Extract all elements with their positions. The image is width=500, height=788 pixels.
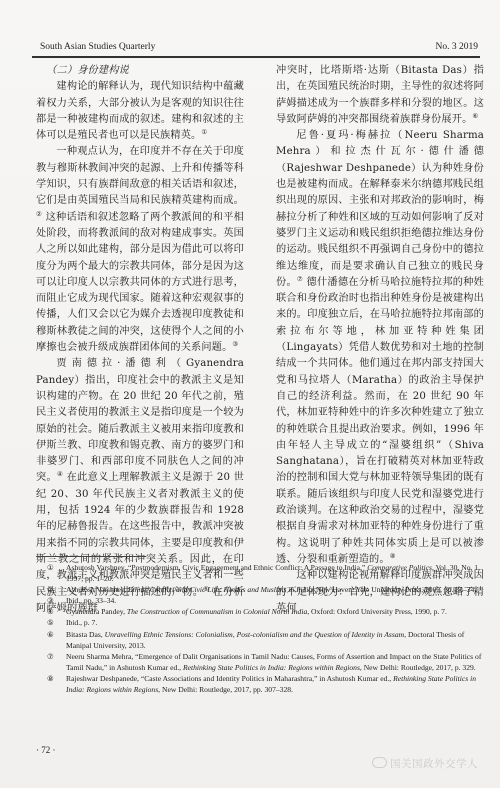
body-columns: （二）身份建构说 建构论的解释认为，现代知识结构中蕴藏着权力关系，大部分被认为是… [36, 63, 484, 553]
citation-text: Bitasta Das, [66, 630, 105, 639]
citation-title: Unravelling Ethnic Tensions: Colonialism… [105, 630, 405, 639]
footnote-number: ⑧ [47, 673, 54, 684]
footnote-item: ④Gyanendra Pandey, The Construction of C… [38, 606, 482, 617]
footnote-number: ⑥ [47, 629, 54, 640]
citation-title: Comparative Politics [367, 563, 432, 572]
footnote-item: ③Ibid., pp. 33–34. [38, 595, 482, 606]
section-title: （二）身份建构说 [46, 63, 244, 79]
footnote-item: ⑤Ibid., p. 7. [38, 617, 482, 628]
citation-title: The Construction of Communalism in Colon… [127, 607, 307, 616]
citation-text: , New Haven: Yale University Press, 2002… [312, 585, 476, 594]
footnote-ref[interactable]: ⑥ [472, 112, 478, 120]
paragraph: 一种观点认为，在印度并不存在关于印度教与穆斯林教间冲突的起源、上升和传播等科学知… [36, 144, 244, 356]
issue-number: No. 3 2019 [436, 42, 479, 52]
footnote-item: ⑦Neeru Sharma Mehra, “Emergence of Dalit… [38, 651, 482, 673]
citation-text: Ibid., pp. 33–34. [66, 596, 116, 605]
footnote-ref[interactable]: ⑧ [390, 552, 396, 560]
footnote-number: ② [47, 584, 54, 595]
watermark: 国关国政外交学人 [372, 756, 478, 771]
watermark-text: 国关国政外交学人 [390, 758, 478, 770]
citation-text: Ibid., p. 7. [66, 618, 97, 627]
citation-title: Ethnic Conflict and Civic Life: Hindus a… [128, 585, 312, 594]
footnote-item: ⑧Rajeshwar Deshpanede, “Caste Associatio… [38, 673, 482, 695]
paragraph: 冲突时，比塔斯塔·达斯（Bitasta Das）指出，在英国殖民统治时期，主导性… [276, 63, 484, 128]
running-header: South Asian Studies Quarterly No. 3 2019 [40, 42, 478, 56]
citation-title: Rethinking State Politics in India: Regi… [183, 663, 360, 672]
footnotes: ①Ashutosh Varshney, “Postmodernism, Civi… [38, 562, 482, 695]
citation-text: , New Delhi: Routledge, 2017, pp. 307–32… [158, 685, 293, 694]
page-number: · 72 · [36, 745, 56, 755]
left-column: （二）身份建构说 建构论的解释认为，现代知识结构中蕴藏着权力关系，大部分被认为是… [36, 63, 244, 617]
paragraph: 建构论的解释认为，现代知识结构中蕴藏着权力关系，大部分被认为是客观的知识往往都是… [36, 79, 244, 144]
citation-text: Rajeshwar Deshpanede, “Caste Association… [66, 674, 393, 683]
footnote-number: ③ [47, 595, 54, 606]
footnote-number: ④ [47, 606, 54, 617]
footnote-item: ②Ashutosh Varshney, Ethnic Conflict and … [38, 584, 482, 595]
citation-text: , Oxford: Oxford University Press, 1990,… [307, 607, 447, 616]
footnote-item: ①Ashutosh Varshney, “Postmodernism, Civi… [38, 562, 482, 584]
header-rule [32, 56, 480, 58]
footnote-number: ① [47, 562, 54, 573]
footnote-rule [36, 556, 146, 557]
citation-text: Ashutosh Varshney, [66, 585, 128, 594]
footnote-item: ⑥Bitasta Das, Unravelling Ethnic Tension… [38, 629, 482, 651]
paragraph: 尼鲁·夏玛·梅赫拉（Neeru Sharma Mehra）和拉杰什瓦尔·德什潘德… [276, 128, 484, 568]
footnote-number: ⑦ [47, 651, 54, 662]
footnote-number: ⑤ [47, 617, 54, 628]
wechat-icon [372, 757, 387, 768]
footnote-ref[interactable]: ③ [232, 340, 238, 348]
footnote-ref[interactable]: ① [201, 128, 207, 136]
journal-title: South Asian Studies Quarterly [40, 42, 155, 52]
journal-page: South Asian Studies Quarterly No. 3 2019… [0, 0, 500, 788]
right-column: 冲突时，比塔斯塔·达斯（Bitasta Das）指出，在英国殖民统治时期，主导性… [276, 63, 484, 617]
citation-text: Gyanendra Pandey, [66, 607, 127, 616]
citation-text: , New Delhi: Routledge, 2017, p. 329. [360, 663, 476, 672]
citation-text: Ashutosh Varshney, “Postmodernism, Civic… [66, 563, 367, 572]
